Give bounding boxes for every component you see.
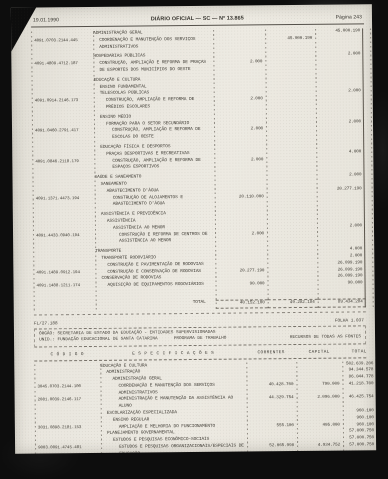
table-row: 4091.4809.4712.187CONSTRUÇÃO, AMPLIAÇÃO … bbox=[31, 59, 363, 76]
desc-cell: ADMINISTRAÇÃO E MANUTENÇÃO DA ASSISTÊNCI… bbox=[101, 396, 247, 411]
table-row: 4091.0846.2118.179CONSTRUÇÃO, AMPLIAÇÃO … bbox=[32, 156, 364, 173]
table-row: 4091.0914.2146.173CONSTRUÇÃO, AMPLIAÇÃO … bbox=[32, 96, 364, 113]
capital-cell bbox=[266, 156, 316, 170]
budget-table-2: EDUCAÇÃO E CULTURA502.639.206ADMINISTRAÇ… bbox=[34, 361, 367, 454]
table1-total-row: TOTAL 40.152.100 49.282.184 89.434.284 bbox=[34, 298, 366, 310]
capital-cell bbox=[266, 96, 316, 110]
total-cell bbox=[317, 193, 365, 207]
desc-cell: CONSTRUÇÃO, AMPLIAÇÃO E REFORMA DE PRÉDI… bbox=[94, 97, 214, 112]
code-cell: 3045.0703.2144.100 bbox=[34, 384, 100, 398]
table1-rows: ADMINISTRAÇÃO GERAL45.000.1904091.0703.2… bbox=[31, 28, 365, 290]
total-cell bbox=[315, 35, 363, 49]
capital-cell: 4.934.752 bbox=[297, 443, 343, 454]
desc-cell: CONSTRUÇÃO, AMPLIAÇÃO E REFORMA DE PRAÇA… bbox=[93, 60, 213, 75]
header-title: DIÁRIO OFICIAL — SC — Nº 13.865 bbox=[151, 16, 244, 23]
correntes-cell: 20.110.000 bbox=[215, 194, 267, 208]
header-page-number: Página 243 bbox=[336, 14, 362, 20]
code-cell bbox=[34, 301, 96, 310]
table-row: 4091.4433.0940.194CONSTRUÇÃO E REFORMA D… bbox=[33, 230, 365, 247]
total-cell bbox=[315, 59, 363, 73]
correntes-cell: 40.428.700 bbox=[246, 382, 296, 396]
total-cell: 46.425.754 bbox=[343, 395, 377, 409]
folha-number: FOLHA 1.037 bbox=[335, 318, 364, 323]
table2-header: C Ó D I G O E S P E C I F I C A Ç Õ E S … bbox=[34, 346, 366, 361]
fl-reference: FL/27.188 bbox=[34, 321, 58, 326]
total-cell bbox=[317, 230, 365, 244]
capital-cell bbox=[266, 126, 316, 140]
capital-cell: 45.000.190 bbox=[265, 36, 315, 50]
code-cell: 4091.0846.2118.179 bbox=[32, 158, 94, 172]
scanned-page: 19.01.1990 DIÁRIO OFICIAL — SC — Nº 13.8… bbox=[11, 4, 376, 453]
desc-cell: COORDENAÇÃO E MANUTENÇÃO DOS SERVIÇOS AD… bbox=[93, 37, 213, 52]
correntes-cell: 2.000 bbox=[214, 157, 266, 171]
budget-table-1: ADMINISTRAÇÃO GERAL45.000.1904091.0703.2… bbox=[31, 28, 366, 310]
total-cell bbox=[316, 126, 364, 140]
code-cell: 4091.0460.2791.417 bbox=[32, 128, 94, 142]
desc-cell: CONSTRUÇÃO DE ALOJAMENTOS E ABASTECIMENT… bbox=[95, 194, 215, 209]
code-cell: 4091.0914.2146.173 bbox=[32, 98, 94, 112]
header-rule bbox=[31, 23, 364, 27]
header-date: 19.01.1990 bbox=[33, 17, 59, 23]
desc-cell: AQUISIÇÃO DE EQUIPAMENTOS RODOVIÁRIOS bbox=[96, 282, 216, 290]
desc-cell: CONSTRUÇÃO, AMPLIAÇÃO E REFORMA DE ESPAÇ… bbox=[94, 157, 214, 172]
capital-cell: 790.000 bbox=[296, 381, 342, 395]
desc-cell: ESTUDOS E PESQUISAS ORGANIZACIONAIS/ESPE… bbox=[101, 444, 247, 454]
table-row: 4091.0703.2144.445COORDENAÇÃO E MANUTENÇ… bbox=[31, 35, 363, 52]
capital-cell: 2.096.000 bbox=[297, 395, 343, 409]
desc-cell: CONSTRUÇÃO E REFORMA DE CENTROS DE ASSIS… bbox=[95, 231, 215, 246]
correntes-cell: 90.000 bbox=[216, 281, 268, 288]
total-total: 89.434.284 bbox=[318, 298, 366, 307]
capital-cell bbox=[265, 59, 315, 73]
code-cell: 4091.4809.4712.187 bbox=[31, 61, 93, 75]
correntes-cell: 2.000 bbox=[214, 127, 266, 141]
code-cell: 4091.0703.2144.445 bbox=[31, 38, 93, 52]
total-cell: 57.000.750 bbox=[343, 442, 376, 453]
total-cell: 90.000 bbox=[318, 280, 366, 287]
capital-cell bbox=[268, 281, 318, 288]
table2-rows: EDUCAÇÃO E CULTURA502.639.206ADMINISTRAÇ… bbox=[34, 361, 367, 454]
capital-cell bbox=[267, 193, 317, 207]
header-capital: CAPITAL bbox=[296, 346, 342, 357]
code-cell: 4091.1371.4473.194 bbox=[33, 195, 95, 209]
code-cell: 2081.0039.2146.117 bbox=[35, 397, 101, 411]
code-cell: 9003.0091.4745.481 bbox=[35, 445, 101, 454]
table-row: 4091.1371.4473.194CONSTRUÇÃO DE ALOJAMEN… bbox=[33, 193, 365, 210]
table1-bottom-rule bbox=[34, 311, 366, 315]
correntes-cell bbox=[213, 36, 265, 50]
correntes-cell: 2.000 bbox=[214, 96, 266, 110]
header-especificacoes: E S P E C I F I C A Ç Õ E S bbox=[100, 347, 246, 359]
header-correntes: CORRENTES bbox=[246, 347, 296, 358]
total-correntes: 40.152.100 bbox=[216, 299, 268, 308]
correntes-cell: 2.000 bbox=[215, 231, 267, 245]
capital-cell bbox=[267, 230, 317, 244]
correntes-cell: 52.065.998 bbox=[247, 443, 297, 454]
total-label: TOTAL bbox=[96, 300, 216, 310]
desc-cell: CONSTRUÇÃO, AMPLIAÇÃO E REFORMA DE ESCOL… bbox=[94, 127, 214, 142]
scan-viewport: { "header": { "date": "19.01.1990", "tit… bbox=[0, 0, 388, 479]
table2-title-box: ÓRGÃO: SECRETARIA DE ESTADO DA EDUCAÇÃO … bbox=[34, 325, 366, 347]
total-cell bbox=[316, 96, 364, 110]
header-codigo: C Ó D I G O bbox=[34, 348, 100, 360]
code-cell: 4091.4433.0940.194 bbox=[33, 232, 95, 246]
total-cell bbox=[316, 156, 364, 170]
correntes-cell: 2.000 bbox=[213, 59, 265, 73]
correntes-cell: 44.329.754 bbox=[247, 396, 297, 410]
column-separator bbox=[370, 28, 374, 307]
code-cell: 4091.1488.1211.174 bbox=[34, 283, 96, 290]
header-total: TOTAL bbox=[342, 346, 376, 357]
total-cell: 41.218.700 bbox=[342, 381, 376, 395]
page-header: 19.01.1990 DIÁRIO OFICIAL — SC — Nº 13.8… bbox=[11, 4, 372, 23]
total-capital: 49.282.184 bbox=[268, 299, 318, 308]
table-row: 4091.0460.2791.417CONSTRUÇÃO, AMPLIAÇÃO … bbox=[32, 126, 364, 143]
